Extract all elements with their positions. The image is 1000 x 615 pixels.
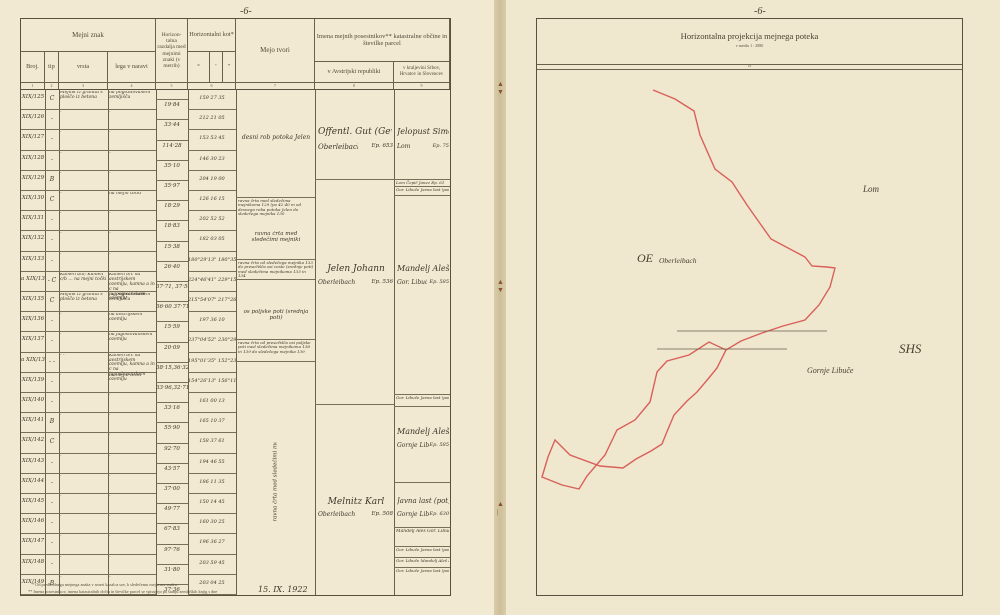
row-divider [188,533,236,534]
header-deg: ° [188,52,210,83]
row-divider [21,453,156,454]
horizontal-angle: 165 10 37 [188,418,236,424]
distance-divider [156,342,188,343]
distance-divider [156,261,188,262]
austria-owner-place: Oberleibach [318,511,358,518]
boundary-form-3: ravna črta med sledečimi mejniki [241,231,311,243]
distance-value: 20·09 [156,345,188,351]
horizontal-angle: 154°26'13" 156°11'41" [188,378,236,384]
footnote-2: ** Imena posestnikov, imena katastralnih… [28,589,217,594]
boundary-form-4: ravna črta od sledečega mejnika 133 do p… [238,261,314,279]
row-divider [21,533,156,534]
mark-kind: - - [60,354,107,359]
horizontal-angle: 180°29'13" 180°35'26" [188,257,236,263]
row-divider [21,412,156,413]
row-divider [188,473,236,474]
shs-owner-small: Gor. Libuče Javna last (potok) Ep. 653 [396,187,449,192]
shs-owner-place: Gor. Libuče [397,279,427,286]
projection-frame: Horizontalna projekcija mejnega poteka v… [536,18,963,596]
mark-location: - [109,495,155,500]
header-boundary-mark: Mejni znak [21,19,156,52]
mark-type: - [45,236,59,243]
row-divider [21,170,156,171]
shs-owner-place: Gornje Libuče [397,511,429,518]
distance-divider [156,281,188,282]
horizontal-angle: 224°46'41" 229°15'35" [188,277,236,283]
owner-divider [394,406,450,407]
book-gutter: ▲▼ ▲▼ ▲| [494,0,506,615]
mark-kind: - [60,232,107,237]
distance-divider [156,140,188,141]
mark-location: Kamen b/c na avstrijskem ozemlju, kamna … [109,354,155,384]
shs-owner-parcel: Ep. 585 [425,279,449,285]
mark-location: - [109,475,155,480]
header-distance: Horizon-talna razdalja med mejnimi znaki… [156,19,188,83]
col-divider [315,89,316,595]
mark-type: - [45,519,59,526]
distance-divider [156,422,188,423]
mark-location: - [109,253,155,258]
austria-owner-name: Jelen Johann [321,264,391,274]
row-divider [188,251,236,252]
mark-kind: - [60,455,107,460]
mark-kind: Mejnik iz granita s ploščo iz betona [60,91,107,101]
mark-kind: - [60,313,107,318]
distance-value: 31·80 [156,567,188,573]
mark-location: - [109,131,155,136]
row-divider [188,271,236,272]
distance-value: 36·60 37·71 [156,304,188,310]
shs-owner-place: Lom [397,143,419,150]
horizontal-angle: 196 36 27 [188,539,236,545]
row-divider [188,210,236,211]
mark-kind: - [60,192,107,197]
owner-divider [315,404,394,405]
form-divider [236,339,315,340]
row-divider [188,453,236,454]
mark-location: na jugoslovanskem ozemlju [109,333,155,343]
row-divider [188,574,236,575]
shs-owner-parcel: Ep. 585 [427,442,449,448]
mark-type: C [45,438,59,445]
mark-location: - [109,414,155,419]
horizontal-angle: 182 03 05 [188,236,236,242]
row-divider [188,594,236,595]
mark-location: na pogozdovanem zemljišču [109,293,155,303]
horizontal-angle: 215°54'07" 217°26'12" [188,297,236,303]
mark-kind: Mejnik iz granita s ploščo iz betona [60,293,107,303]
distance-value: 114·28 [156,143,188,149]
distance-value: 26·40 [156,264,188,270]
row-divider [21,230,156,231]
mark-location: - [109,576,155,581]
row-divider [188,554,236,555]
boundary-form-2: ravna črta med sledečima mejnikoma 129 (… [238,199,314,217]
distance-value: 38·15,36·32 [156,365,188,371]
shs-owner-place: Gornje Libuče [397,442,429,449]
austria-owner-parcel: Ep. 653 [361,143,393,149]
header-angles: Horizontalni kot* [188,19,236,52]
shs-owner-small: Gor. Libuče Javna last (pot) Ep. 630 [396,568,449,573]
mark-location: - [109,212,155,217]
horizontal-angle: 150 14 45 [188,499,236,505]
mark-location: na mejni točki [109,192,155,197]
distance-divider [156,503,188,504]
horizontal-angle: 158 37 61 [188,438,236,444]
label-gornje-libuce: Gornje Libuče [807,366,853,375]
mark-type: - [45,317,59,324]
boundary-form-6: ravna črta od presečišča osi poljske pot… [238,341,314,354]
mark-type: - C [45,277,59,284]
mark-type: - [45,257,59,264]
mark-kind: - [60,172,107,177]
mark-location: - [109,515,155,520]
mark-kind: - [60,556,107,561]
binding-marker-icon: ▲▼ [497,80,502,96]
mark-kind: - [60,212,107,217]
row-divider [188,432,236,433]
form-divider [236,361,315,362]
distance-divider [156,362,188,363]
distance-divider [156,241,188,242]
owner-divider [394,482,450,483]
distance-value: 15·59 [156,324,188,330]
mark-kind: Kamen a/b; Kamen c/b ... na mejni točki [60,273,107,283]
mark-type: C [45,95,59,102]
col-divider [236,89,237,595]
row-divider [188,150,236,151]
row-divider [188,291,236,292]
mark-type: - [45,398,59,405]
mark-kind: - [60,394,107,399]
row-divider [188,513,236,514]
mark-location: - [109,394,155,399]
austria-owner-parcel: Ep. 536 [361,279,393,285]
row-divider [21,210,156,211]
mark-number: XIX/141 [21,417,45,423]
header-type: tip [45,52,59,83]
horizontal-angle: 186 11 35 [188,479,236,485]
header-boundary-form: Mejo tvori [236,19,315,83]
row-divider [188,331,236,332]
mark-location: na pogozdovanem zemljišču [109,91,155,101]
mark-type: B [45,418,59,425]
mark-number: XIX/144 [21,478,45,484]
row-divider [21,129,156,130]
label-shs: SHS [899,341,921,357]
header-min: ' [210,52,223,83]
shs-owner-small: Gor. Libuče Javna last (pot) Ep. 630 [396,547,449,552]
row-divider [21,331,156,332]
boundary-form-1: desni rob potoka Jelen [241,134,311,141]
page-number: -6- [240,6,252,17]
austria-owner-parcel: Ep. 508 [361,511,393,517]
mark-location: - [109,556,155,561]
row-divider [188,412,236,413]
row-divider [21,251,156,252]
row-divider [21,554,156,555]
distance-divider [156,463,188,464]
horizontal-angle: 159 27 35 [188,95,236,101]
mark-number: XIX/126 [21,114,45,120]
mark-kind: - [60,515,107,520]
mark-number: XIX/135 [21,296,45,302]
mark-kind: - [60,495,107,500]
row-divider [21,594,156,595]
owner-divider [394,195,450,196]
distance-value: 18·83 [156,223,188,229]
mark-type: - [45,115,59,122]
distance-divider [156,382,188,383]
mark-number: XIX/148 [21,559,45,565]
distance-value: 97·76 [156,547,188,553]
header-shs: v kraljevini Srbov, Hrvatov in Slovencev [394,62,450,83]
distance-value: 18·29 [156,203,188,209]
austria-owner-name: Melnitz Karl [321,497,391,507]
footnote-1: * Od predhodnega mejnega znaka v smeri k… [32,582,178,587]
page-number: -6- [754,6,766,17]
mark-kind: - [60,576,107,581]
distance-value: 37·00 [156,486,188,492]
form-divider [236,259,315,260]
mark-kind: - [60,374,107,379]
mark-kind: - [60,111,107,116]
row-divider [188,493,236,494]
mark-kind: - [60,535,107,540]
row-divider [21,190,156,191]
shs-owner-name: Jelopust Simon [397,127,449,136]
label-oe: OE [637,251,653,266]
mark-type: - [45,156,59,163]
form-divider [236,197,315,198]
mark-number: XIX/137 [21,336,45,342]
mark-kind: - [60,152,107,157]
row-divider [21,574,156,575]
row-divider [21,109,156,110]
col-divider [394,89,395,595]
horizontal-angle: 195°01'35" 152°23'46" [188,358,236,364]
boundary-line [542,90,835,489]
mark-location: - [109,111,155,116]
header-number: Broj. [21,52,45,83]
mark-type: - [45,539,59,546]
row-divider [21,513,156,514]
distance-value: 37·71, 37·50 [156,284,188,290]
form-divider [236,279,315,280]
binding-marker-icon: ▲| [497,500,502,516]
row-divider [21,493,156,494]
mark-location: - [109,535,155,540]
horizontal-angle: 237°04'52" 230°29'20" [188,337,236,343]
distance-value: 15·38 [156,244,188,250]
shs-owner-parcel: Ep. 75 [419,143,449,149]
horizontal-angle: 194 46 55 [188,459,236,465]
binding-marker-icon: ▲▼ [497,278,502,294]
mark-location: - [109,172,155,177]
header-kind: vrsta [59,52,108,83]
mark-kind: - [60,333,107,338]
left-page: -6- Mejni znak Broj. tip vrsta lega v na… [0,0,494,615]
mark-type: - [45,499,59,506]
mark-number: XIX/143 [21,458,45,464]
boundary-mark-table: Mejni znak Broj. tip vrsta lega v naravi… [20,18,451,596]
header-austria: v Avstrijski republiki [315,62,394,83]
horizontal-angle: 126 16 15 [188,196,236,202]
horizontal-angle: 202 52 52 [188,216,236,222]
shs-owner-name: Mandelj Aleš [397,264,449,273]
record-date: 15. IX. 1922 [258,585,308,594]
row-divider [188,311,236,312]
header-owners: Imena mejnih posestnikov** katastralne o… [315,19,450,62]
mark-kind: - [60,131,107,136]
mark-number: XIX/147 [21,538,45,544]
mark-type: - [45,135,59,142]
mark-number: XIX/145 [21,498,45,504]
mark-number: a XIX/134 bc [21,276,45,282]
mark-number: XIX/142 [21,437,45,443]
distance-divider [156,119,188,120]
row-divider [188,129,236,130]
row-divider [188,392,236,393]
mark-type: - [45,560,59,567]
row-divider [188,170,236,171]
distance-divider [156,321,188,322]
mark-number: XIX/133 [21,256,45,262]
distance-value: 35·10 [156,163,188,169]
distance-divider [156,220,188,221]
distance-divider [156,99,188,100]
boundary-form-7: ravna črta med sledečimi mejniki [273,443,279,522]
mark-number: XIX/127 [21,134,45,140]
mark-number: XIX/139 [21,377,45,383]
shs-owner-small: Gor. Libuče Mandelj Aleš Ep. 585 [396,558,449,563]
header-location: lega v naravi [108,52,156,83]
mark-number: XIX/140 [21,397,45,403]
distance-value: 92·70 [156,446,188,452]
distance-divider [156,200,188,201]
distance-divider [156,443,188,444]
mark-location: - [109,434,155,439]
shs-owner-small: Lom Čepič Janez Ep. 61 [396,180,449,185]
distance-divider [156,483,188,484]
mark-number: XIX/132 [21,235,45,241]
boundary-map [537,19,964,597]
distance-value: 55·90 [156,425,188,431]
shs-owner-parcel: Ep. 630 [427,511,449,517]
mark-type: - - [45,358,59,365]
horizontal-angle: 160 30 25 [188,519,236,525]
mark-location: - [109,455,155,460]
distance-value: 19·84 [156,102,188,108]
distance-value: 33·44 [156,122,188,128]
mark-location: - [109,152,155,157]
mark-kind: - [60,414,107,419]
boundary-form-5: os poljske poti (srednja poti) [241,309,311,321]
horizontal-angle: 197 36 10 [188,317,236,323]
mark-kind: - [60,475,107,480]
distance-divider [156,544,188,545]
horizontal-angle: 161 00 13 [188,398,236,404]
mark-type: - [45,378,59,385]
label-lom: Lom [863,184,879,194]
mark-type: - [45,459,59,466]
distance-value: 35·97 [156,183,188,189]
shs-owner-name: Mandelj Aleš [397,427,449,436]
mark-type: C [45,297,59,304]
mark-type: C [45,196,59,203]
distance-divider [156,180,188,181]
distance-value: 49·77 [156,506,188,512]
owner-divider [394,527,450,528]
row-divider [188,230,236,231]
mark-number: XIX/131 [21,215,45,221]
row-divider [188,352,236,353]
horizontal-angle: 204 19 00 [188,176,236,182]
row-divider [188,372,236,373]
mark-number: XIX/129 [21,175,45,181]
mark-kind: - [60,253,107,258]
row-divider [188,109,236,110]
mark-type: - [45,479,59,486]
shs-owner-small: Mandelj Aleš Gor. Libuče Ep. 585 [396,529,449,534]
austria-owner-place: Oberleibach [318,279,358,286]
row-divider [21,352,156,353]
mark-number: XIX/125 [21,94,45,100]
label-oberleibach: Oberleibach [659,256,697,265]
distance-divider [156,301,188,302]
distance-value: 67·83 [156,526,188,532]
distance-divider [156,523,188,524]
distance-value: 33·16 [156,405,188,411]
row-divider [21,473,156,474]
distance-divider [156,160,188,161]
row-divider [21,150,156,151]
austria-owner-place: Oberleibach [318,143,358,151]
row-divider [21,271,156,272]
mark-type: - [45,337,59,344]
mark-number: a XIX/138 bc [21,357,45,363]
mark-number: XIX/146 [21,518,45,524]
distance-divider [156,402,188,403]
shs-owner-small: Gor. Libuče Javna last (pot) Ep. 630 [396,395,449,400]
horizontal-angle: 146 30 23 [188,156,236,162]
mark-location: na avstrijskem ozemlju [109,313,155,323]
row-divider [21,432,156,433]
distance-value: 43·57 [156,466,188,472]
mark-type: B [45,176,59,183]
row-divider [188,190,236,191]
header-sec: " [223,52,236,83]
horizontal-angle: 153 53 45 [188,135,236,141]
austria-owner-name: Offentl. Gut (Gewässer) [318,127,392,137]
mark-location: - [109,232,155,237]
mark-number: XIX/128 [21,155,45,161]
row-divider [21,392,156,393]
horizontal-angle: 203 59 45 [188,560,236,566]
row-divider [21,311,156,312]
mark-number: XIX/130 [21,195,45,201]
mark-kind: - [60,434,107,439]
horizontal-angle: 203 04 25 [188,580,236,586]
mark-type: - [45,216,59,223]
owner-divider [315,179,394,180]
shs-owner-name: Javna last (pot) [397,497,449,505]
distance-value: 33·96,32·71 [156,385,188,391]
distance-divider [156,564,188,565]
mark-location: na mejni točki [109,374,155,379]
horizontal-angle: 212 21 05 [188,115,236,121]
mark-number: XIX/136 [21,316,45,322]
